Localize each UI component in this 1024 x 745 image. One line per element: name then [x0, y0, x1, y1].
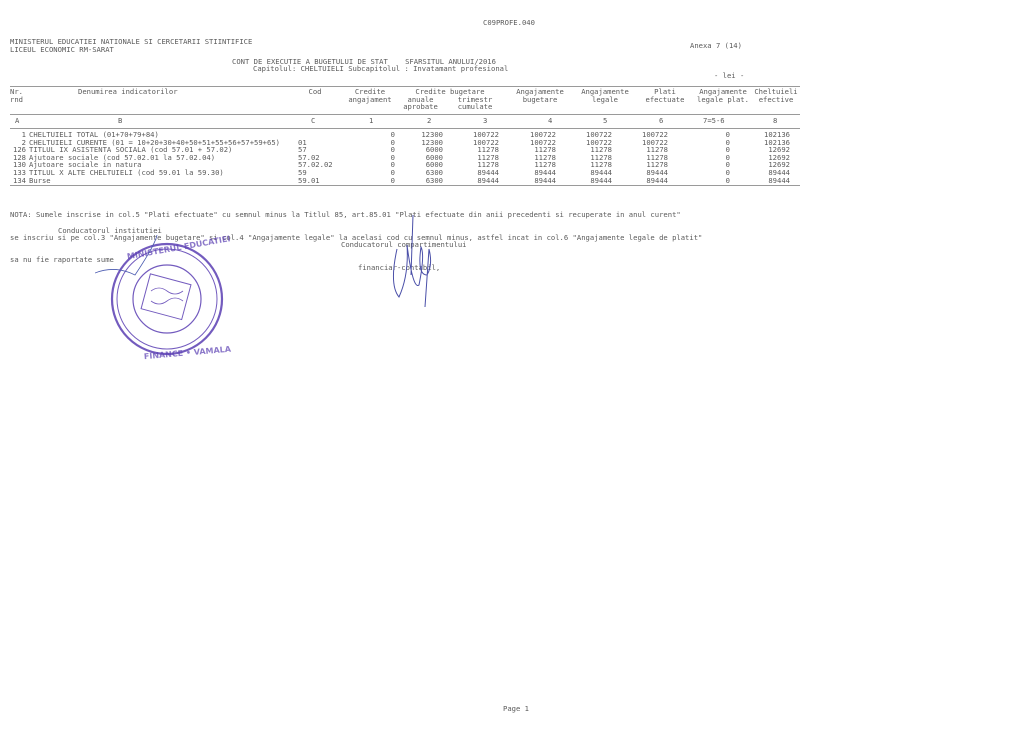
institution-name: LICEUL ECONOMIC RM-SARAT: [10, 46, 114, 54]
table-row: 134Burse59.01063008944489444894448944408…: [10, 177, 800, 185]
svg-text:MINISTERUL EDUCATIEI: MINISTERUL EDUCATIEI: [126, 235, 231, 261]
header-angajamente-bugetare: Angajamente bugetare: [510, 88, 570, 103]
header-rule: [10, 114, 800, 115]
document-subtitle: Capitolul: CHELTUIELI Subcapitolul : Inv…: [253, 65, 508, 73]
header-angajamente-legale-plat: Angajamente legale plat.: [693, 88, 753, 103]
institution-head-label: Conducatorul institutiei: [58, 227, 162, 235]
header-cheltuieli-efective: Cheltuieli efective: [752, 88, 800, 103]
table-row: 133TITLUL X ALTE CHELTUIELI (cod 59.01 l…: [10, 169, 800, 177]
indicator-code: 59.01: [298, 177, 320, 185]
index-6: 6: [659, 117, 663, 125]
header-nr: Nr. rnd: [10, 88, 23, 103]
indicator-name: Burse: [29, 177, 51, 185]
index-8: 8: [773, 117, 777, 125]
currency-unit: - lei -: [714, 72, 744, 80]
note-line-1: NOTA: Sumele inscrise in col.5 "Plati ef…: [10, 211, 702, 219]
index-row: A B C 1 2 3 4 5 6 7=5-6 8: [10, 117, 800, 125]
cell-c8: 89444: [768, 177, 790, 185]
index-3: 3: [483, 117, 487, 125]
svg-text:FINANCE • VAMALA: FINANCE • VAMALA: [144, 345, 233, 360]
index-4: 4: [548, 117, 552, 125]
cell-c1: 0: [391, 177, 395, 185]
index-5: 5: [603, 117, 607, 125]
row-number: 134: [10, 177, 26, 185]
indicator-name: TITLUL X ALTE CHELTUIELI (cod 59.01 la 5…: [29, 169, 224, 177]
index-2: 2: [427, 117, 431, 125]
cell-c5: 89444: [590, 177, 612, 185]
cell-c2: 6300: [426, 177, 443, 185]
header-plati-efectuate: Plati efectuate: [637, 88, 693, 103]
header-cod: Cod: [300, 88, 330, 96]
header-credite-angajament: Credite angajament: [345, 88, 395, 103]
index-b: B: [118, 117, 122, 125]
header-anuale-aprobate: anuale aprobate: [398, 96, 443, 111]
cell-c6: 89444: [646, 177, 668, 185]
annex-label: Anexa 7 (14): [690, 42, 742, 50]
cell-c4: 89444: [534, 177, 556, 185]
index-7: 7=5-6: [703, 117, 725, 125]
official-stamp-icon: MINISTERUL EDUCATIEI FINANCE • VAMALA: [95, 235, 235, 360]
header-angajamente-legale: Angajamente legale: [575, 88, 635, 103]
cell-c7: 0: [726, 177, 730, 185]
form-code: C09PROFE.040: [483, 19, 535, 27]
index-1: 1: [369, 117, 373, 125]
index-rule: [10, 128, 800, 129]
signature-icon: [385, 215, 445, 315]
cell-c3: 89444: [477, 177, 499, 185]
header-name: Denumirea indicatorilor: [78, 88, 178, 96]
page-number: Page 1: [503, 705, 529, 713]
index-c: C: [311, 117, 315, 125]
header-trimestr-cumulate: trimestr cumulate: [450, 96, 500, 111]
table-bottom-rule: [10, 185, 800, 186]
index-a: A: [15, 117, 19, 125]
